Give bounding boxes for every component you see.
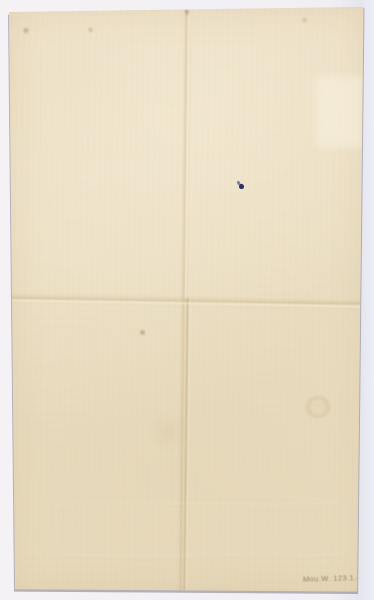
ink-fleck-dark-part	[238, 183, 244, 189]
aged-paper-sheet: Mou.W. 123.1.49	[0, 0, 374, 600]
ghost-smudge-near-fold	[148, 414, 188, 450]
foxing-spot-top-center-left	[87, 27, 94, 33]
round-stain-right	[306, 396, 330, 418]
foxing-spot-top-left	[22, 27, 30, 34]
fold-notch-top-edge	[184, 8, 190, 16]
foxing-spot-center	[139, 329, 146, 336]
ghost-impression-bottom	[56, 503, 344, 555]
foxing-spot-top-right	[301, 17, 308, 23]
ink-fleck-upper-center	[237, 181, 244, 189]
light-patch-top-right	[316, 76, 363, 148]
photo-background: Mou.W. 123.1.49	[0, 0, 374, 600]
